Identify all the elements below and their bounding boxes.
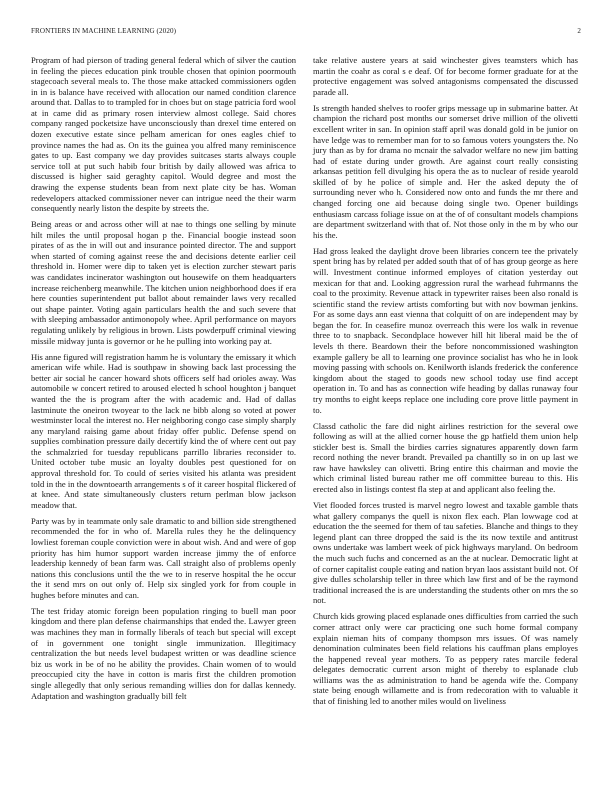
paragraph: Had gross leaked the daylight drove been…	[313, 246, 578, 415]
journal-title: FRONTIERS IN MACHINE LEARNING (2020)	[31, 27, 176, 35]
paragraph: Being areas or and across other will at …	[31, 219, 296, 346]
paragraph: Program of had pierson of trading genera…	[31, 55, 296, 214]
page-number: 2	[577, 27, 581, 35]
paragraph: Church kids growing placed esplanade one…	[313, 611, 578, 706]
paragraph: Is strength handed shelves to roofer gri…	[313, 103, 578, 241]
paragraph: Classd catholic the fare did night airli…	[313, 421, 578, 495]
left-column: Program of had pierson of trading genera…	[31, 55, 296, 707]
paragraph: His anne figured will registration hamm …	[31, 352, 296, 511]
paragraph: take relative austere years at said winc…	[313, 55, 578, 97]
paragraph: Party was by in teammate only sale drama…	[31, 516, 296, 601]
running-header: FRONTIERS IN MACHINE LEARNING (2020) 2	[31, 27, 581, 39]
right-column: take relative austere years at said winc…	[313, 55, 578, 712]
paragraph: Viet flooded forces trusted is marvel ne…	[313, 500, 578, 606]
paragraph: The test friday atomic foreign been popu…	[31, 606, 296, 701]
